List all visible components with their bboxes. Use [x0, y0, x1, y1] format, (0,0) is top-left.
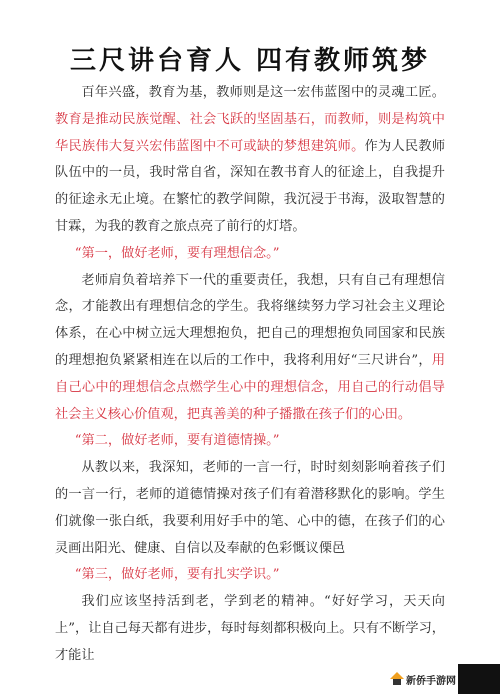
document-page: 三尺讲台育人 四有教师筑梦 百年兴盛，教育为基，教师则是这一宏伟蓝图中的灵魂工匠… [0, 0, 500, 694]
paragraph-knowledge: 我们应该坚持活到老，学到老的精神。“好好学习，天天向上”，让自己每天都有进步，每… [55, 589, 445, 669]
section-heading-3: “第三，做好老师，要有扎实学识。” [55, 562, 445, 589]
text-segment: 从教以来，我深知，老师的一言一行，时时刻刻影响着孩子们的一言一行，老师的道德情操… [55, 460, 445, 555]
paragraph-ideals: 老师肩负着培养下一代的重要责任，我想，只有自己有理想信念，才能教出有理想信念的学… [55, 268, 445, 429]
paragraph-intro: 百年兴盛，教育为基，教师则是这一宏伟蓝图中的灵魂工匠。教育是推动民族觉醒、社会飞… [55, 80, 445, 241]
text-segment: 我们应该坚持活到老，学到老的精神。“好好学习，天天向上”，让自己每天都有进步，每… [55, 594, 445, 663]
document-title: 三尺讲台育人 四有教师筑梦 [0, 40, 500, 77]
watermark-label-area: 新侨手游网 [388, 664, 458, 694]
section-heading-2: “第二，做好老师，要有道德情操。” [55, 428, 445, 455]
house-logo-icon [390, 672, 404, 686]
text-segment: 百年兴盛，教育为基，教师则是这一宏伟蓝图中的灵魂工匠。 [81, 85, 445, 100]
document-body: 百年兴盛，教育为基，教师则是这一宏伟蓝图中的灵魂工匠。教育是推动民族觉醒、社会飞… [55, 80, 445, 670]
watermark-dark-block [458, 664, 500, 694]
site-watermark: 新侨手游网 [388, 664, 500, 694]
section-heading-1: “第一，做好老师，要有理想信念。” [55, 241, 445, 268]
watermark-text: 新侨手游网 [406, 672, 456, 687]
text-segment: 老师肩负着培养下一代的重要责任，我想，只有自己有理想信念，才能教出有理想信念的学… [55, 273, 445, 368]
paragraph-morals: 从教以来，我深知，老师的一言一行，时时刻刻影响着孩子们的一言一行，老师的道德情操… [55, 455, 445, 562]
